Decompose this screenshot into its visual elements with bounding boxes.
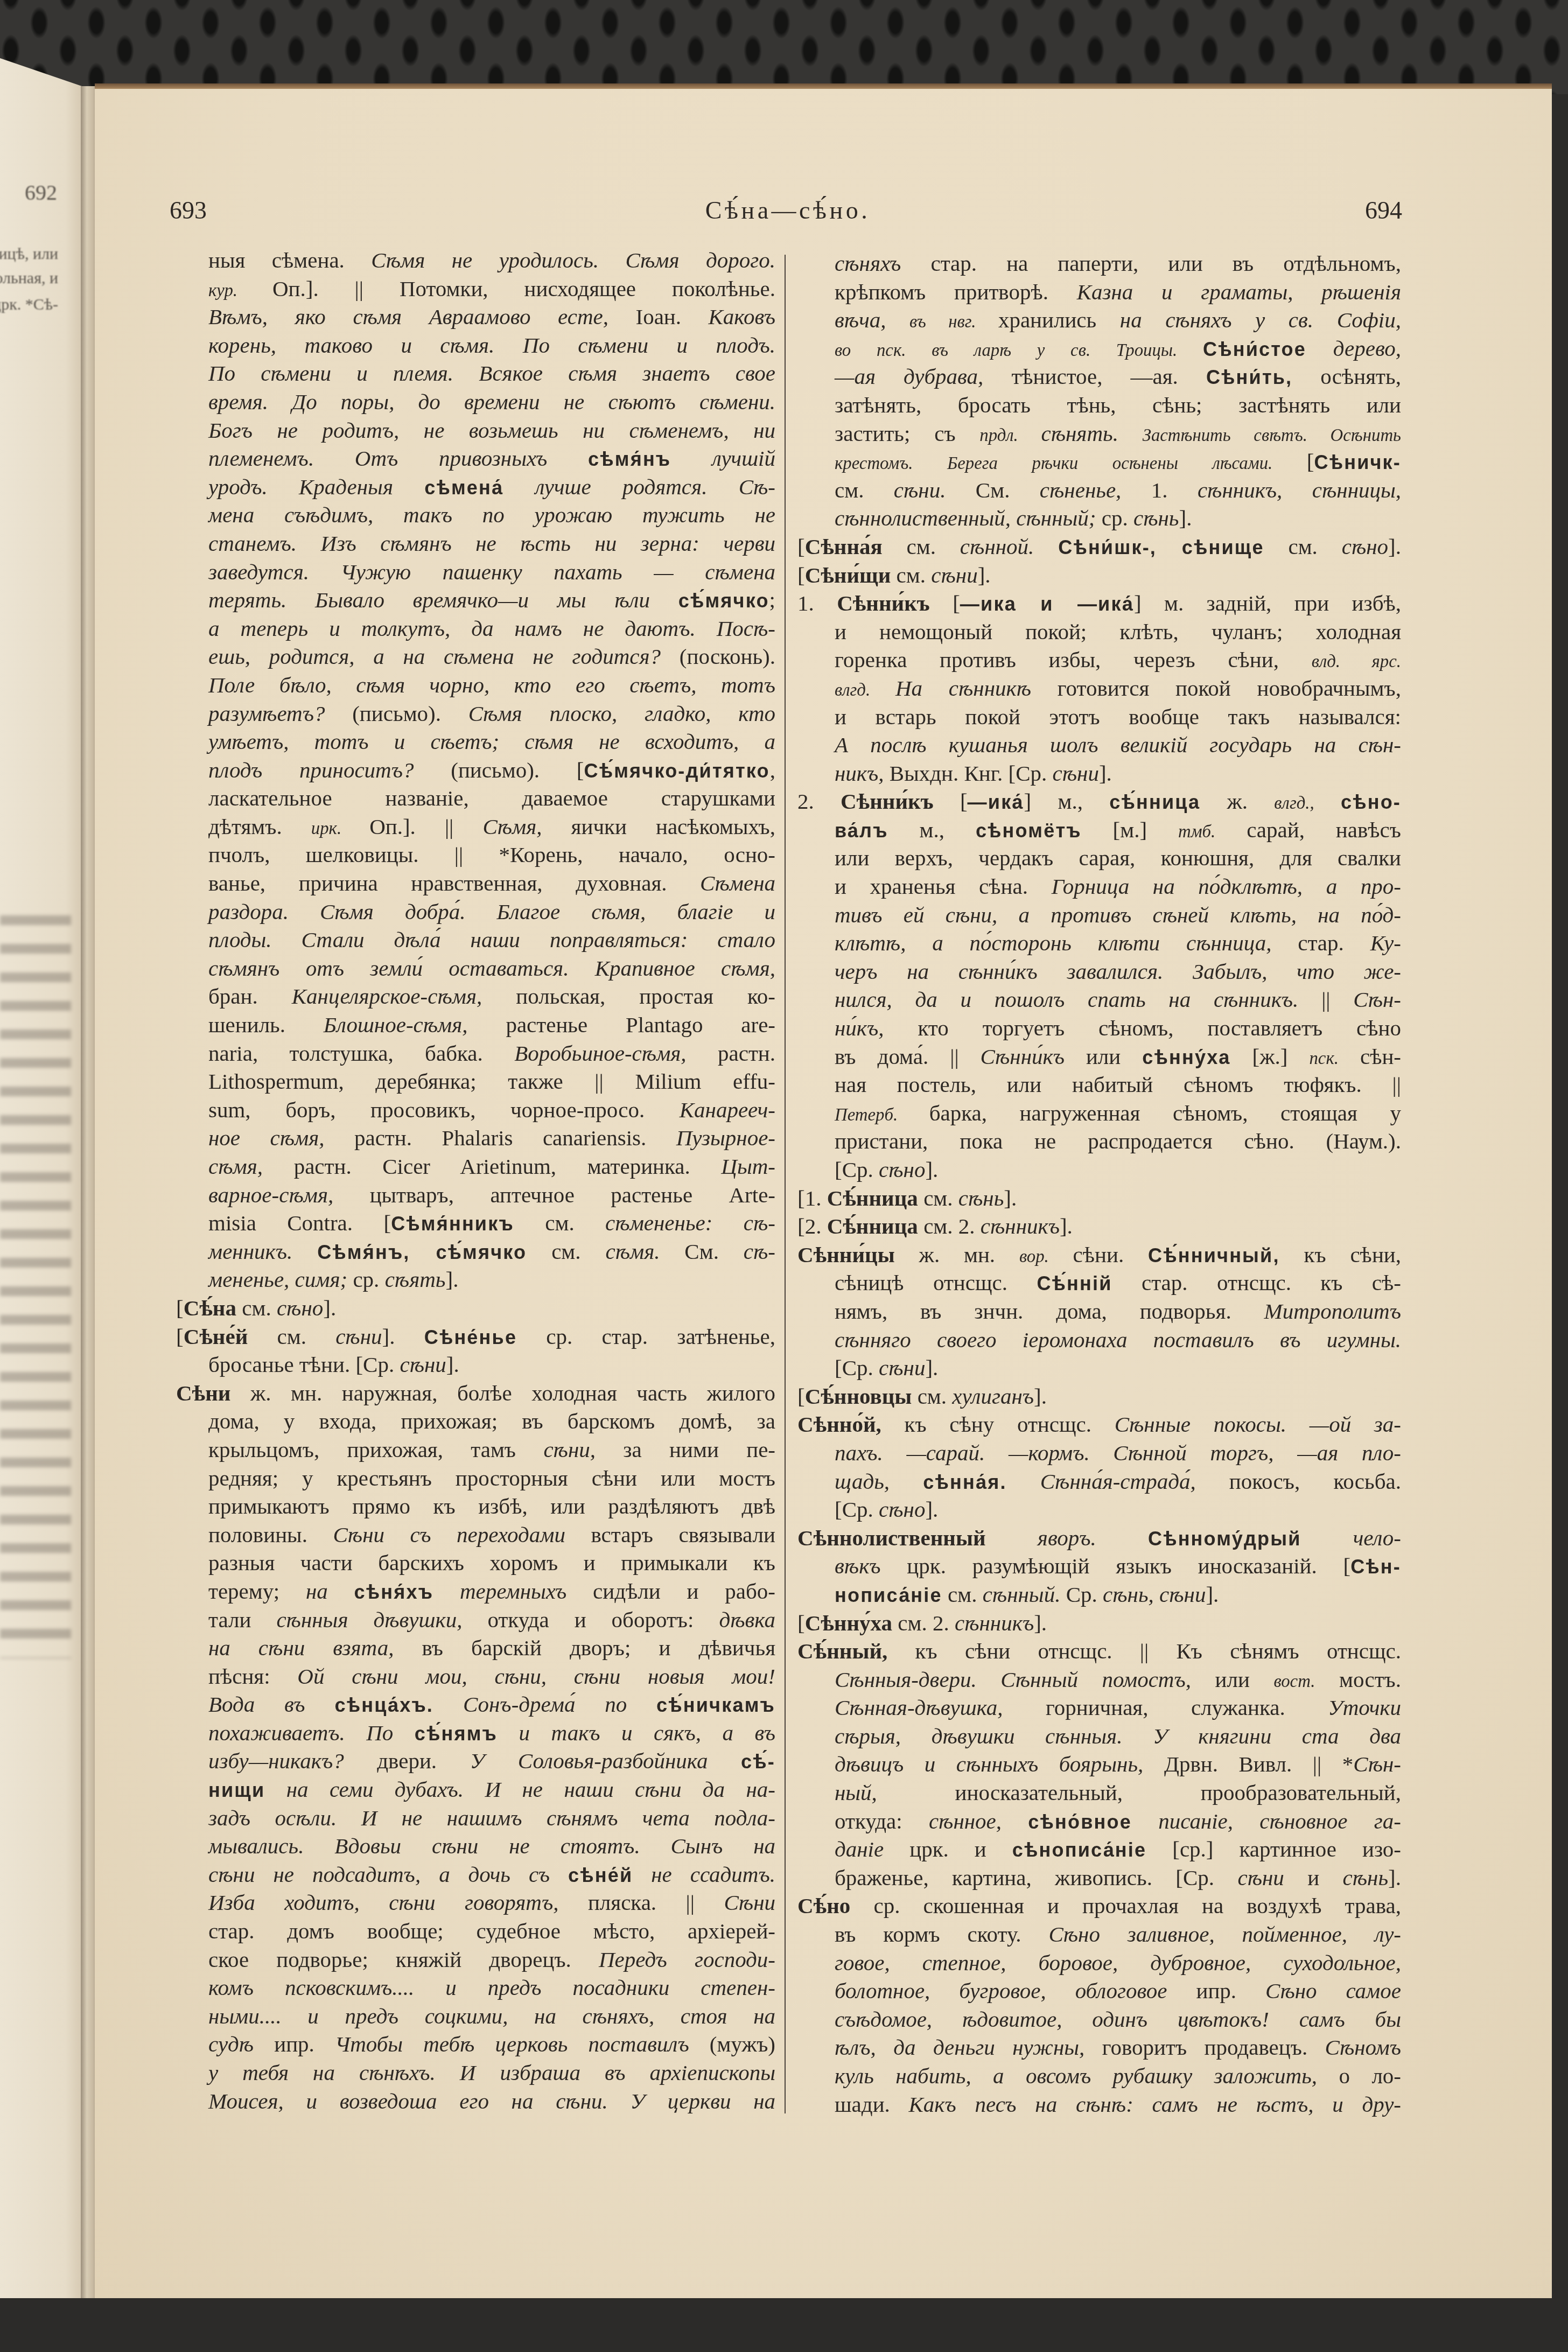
italic-text: сѣненье,	[1040, 478, 1122, 502]
italic-text: похаживаетъ. По	[208, 1720, 415, 1745]
regular-text: или верхъ, чердакъ сарая, конюшня, для с…	[835, 845, 1401, 870]
bold-form: сѣнописа́ніе	[1012, 1839, 1146, 1861]
dictionary-entry-line: 1. Сѣнни́къ [—ика и —ика́] м. задній, пр…	[797, 589, 1401, 618]
regular-text: см.	[236, 1296, 277, 1320]
headword: Сѣнну́ха	[805, 1611, 892, 1635]
regular-text: ж. мн.	[895, 1242, 1019, 1267]
dictionary-line: сѣрыя, дѣвушки сѣнныя. У княгини ста два	[797, 1722, 1401, 1751]
regular-text: см.	[248, 1324, 335, 1349]
dictionary-line: тали сѣнныя дѣвушки, откуда и оборотъ: д…	[176, 1606, 775, 1634]
italic-text: мененье, симя;	[208, 1267, 347, 1292]
italic-text: Сѣно самое	[1265, 1978, 1401, 2003]
dictionary-line: даніе црк. и сѣнописа́ніе [ср.] картинно…	[797, 1835, 1401, 1864]
italic-text: на семи дубахъ. И не наши сѣни да на-	[265, 1777, 775, 1802]
italic-text: куль набить, а овсомъ рубашку заложить,	[835, 2063, 1317, 2088]
italic-text: никъ,	[835, 761, 884, 786]
regular-text: см.	[1264, 534, 1342, 559]
regular-text: 1.	[797, 591, 837, 615]
dictionary-line: шади. Какъ песъ на сѣнѣ: самъ не ѣстъ, и…	[797, 2090, 1401, 2119]
regular-text: затѣнять, бросать тѣнь, сѣнь; застѣнять …	[835, 393, 1401, 417]
dictionary-line: мывались. Вдовьи сѣни не стоятъ. Сынъ на	[176, 1832, 775, 1860]
italic-text: комъ псковскимъ.... и предъ посадники ст…	[208, 1975, 775, 2000]
dictionary-line: naria, толстушка, бабка. Воробьиное-сѣмя…	[176, 1039, 775, 1068]
dictionary-line: судѣ ипр. Чтобы тебѣ церковь поставилъ (…	[176, 2030, 775, 2059]
dictionary-line: Богъ не родитъ, не возьмешь ни сѣменемъ,…	[176, 416, 775, 445]
bold-form: сѣномётъ	[976, 820, 1082, 842]
regular-text: откуда:	[835, 1809, 929, 1833]
italic-text: менникъ.	[208, 1239, 317, 1264]
right-text-column: сѣняхъ стар. на паперти, или въ отдѣльно…	[797, 249, 1401, 2118]
bold-form: Сѣни́стое	[1203, 338, 1306, 360]
bold-form: сѣмена́	[424, 477, 503, 499]
italic-text: сѣрыя, дѣвушки сѣнныя. У княгини ста два	[835, 1724, 1401, 1748]
regular-text: [	[797, 1384, 805, 1409]
dictionary-entry-line: [Сѣ́на см. сѣно].	[176, 1294, 775, 1322]
italic-text: Горница на по́дклѣтѣ, а про-	[1052, 874, 1401, 899]
headword: Сѣ́но	[797, 1893, 850, 1918]
regular-text: ское подворье; княжій дворецъ.	[208, 1947, 599, 1972]
italic-text: Канцелярское-сѣмя,	[292, 984, 482, 1009]
regular-text: осѣнять,	[1292, 364, 1401, 389]
italic-text: сѣнняго своего іеромонаха поставилъ въ и…	[835, 1327, 1401, 1352]
dictionary-line: дѣвицъ и сѣнныхъ боярынь, Дрвн. Вивл. ||…	[797, 1750, 1401, 1779]
regular-text: хранились	[998, 307, 1120, 332]
dictionary-line: заведутся. Чужую пашенку пахать — сѣмена	[176, 558, 775, 586]
regular-text: ванье, причина нравственная, духовная.	[208, 871, 700, 895]
regular-text: [	[176, 1324, 184, 1349]
dictionary-line: сѣмянъ отъ земли́ оставаться. Крапивное …	[176, 954, 775, 983]
italic-text: сѣнникъ, сѣнницы,	[1198, 478, 1401, 502]
regular-text: ].	[1099, 761, 1112, 786]
italic-text: тивъ ей сѣни, а противъ сѣней клѣть, на …	[835, 902, 1401, 927]
dictionary-line: сѣннолиственный, сѣнный; ср. сѣнь].	[797, 504, 1401, 533]
regular-text: въ кормъ скоту.	[835, 1922, 1048, 1947]
dictionary-line: нямъ, въ знчн. дома, подворья. Митрополи…	[797, 1297, 1401, 1326]
italic-text: сѣнныя дѣвушки,	[276, 1607, 462, 1632]
dictionary-line: браженье, картина, живопись. [Ср. сѣни и…	[797, 1864, 1401, 1892]
italic-text: сѣннолиственный, сѣнный;	[835, 506, 1096, 530]
regular-text: шади.	[835, 2092, 909, 2117]
dictionary-entry-line: [Сѣнна́я см. сѣнной. Сѣни́шк-, сѣнище см…	[797, 533, 1401, 561]
previous-page-fragment: ь црк. *Сѣ-	[0, 294, 58, 316]
dictionary-line: ное сѣмя, растн. Phalaris canariensis. П…	[176, 1124, 775, 1152]
dictionary-line: —ая дубрава, тѣнистое, —ая. Сѣни́ть, осѣ…	[797, 362, 1401, 391]
dictionary-line: откуда: сѣнное, сѣно́вное писаніе, сѣнов…	[797, 1807, 1401, 1836]
regular-text: ,	[770, 758, 775, 782]
regular-text: Оп.]. || Потомки, нисходящее поколѣнье.	[272, 276, 775, 301]
regular-text: см.	[912, 1384, 952, 1409]
regular-text: Выхдн. Кнг. [Ср.	[884, 761, 1053, 786]
left-text-column: ныя сѣмена. Сѣмя не уродилось. Сѣмя доро…	[176, 246, 775, 2115]
dictionary-line: съѣдомое, ѣдовитое, одинъ цвѣтокъ! самъ …	[797, 2005, 1401, 2034]
dictionary-line: мена съѣдимъ, такъ по урожаю тужить не	[176, 501, 775, 529]
regular-text: см.	[835, 478, 894, 502]
regular-text: бран.	[208, 984, 292, 1009]
regular-text: м.,	[888, 817, 976, 842]
bold-form: сѣня́хъ	[354, 1581, 434, 1603]
regular-text: примыкаютъ прямо къ избѣ, или раздѣляютъ…	[208, 1494, 775, 1518]
dictionary-line: кур. Оп.]. || Потомки, нисходящее поколѣ…	[176, 275, 775, 303]
italic-text: Передъ господи-	[599, 1947, 775, 1972]
dictionary-line: ныя сѣмена. Сѣмя не уродилось. Сѣмя доро…	[176, 246, 775, 275]
regular-text: стар.	[1271, 930, 1370, 955]
regular-text: ].	[1388, 534, 1401, 559]
dictionary-line: примыкаютъ прямо къ избѣ, или раздѣляютъ…	[176, 1492, 775, 1521]
dictionary-line: Изба ходитъ, сѣни говорятъ, пляска. || С…	[176, 1888, 775, 1917]
dictionary-line: сѣняхъ стар. на паперти, или въ отдѣльно…	[797, 249, 1401, 278]
regular-text: 2.	[797, 789, 841, 814]
italic-text: лучше родятся. Сѣ-	[503, 474, 775, 499]
italic-text: клѣтѣ, а по́сторонь клѣти сѣнница,	[835, 930, 1271, 955]
dictionary-line: крыльцомъ, прихожая, тамъ сѣни, за ними …	[176, 1436, 775, 1464]
regular-text: говоритъ продавецъ.	[1084, 2035, 1325, 2060]
dictionary-line: терять. Бывало времячко—и мы ѣли сѣ́мячк…	[176, 586, 775, 614]
dictionary-line: ни́къ, кто торгуетъ сѣномъ, поставляетъ …	[797, 1014, 1401, 1042]
dictionary-line: влгд. На сѣнникѣ готовится покой новобра…	[797, 674, 1401, 703]
dictionary-line: Вѣмъ, яко сѣмя Авраамово есте, Іоан. Как…	[176, 303, 775, 331]
italic-text: избу—никакъ?	[208, 1748, 377, 1773]
regular-text: ср. скошенная и прочахлая на воздухѣ тра…	[850, 1893, 1401, 1918]
regular-text: [	[176, 1296, 184, 1320]
regular-text: растн. Cicer Arietinum, материнка.	[263, 1154, 721, 1179]
regular-text: [	[1307, 449, 1314, 474]
regular-text: горничная, служанка.	[1003, 1695, 1328, 1720]
dictionary-line: въ кормъ скоту. Сѣно заливное, пойменное…	[797, 1920, 1401, 1949]
regular-text: ныя сѣмена.	[208, 248, 371, 272]
italic-text: пахъ. —сарай. —кормъ. Сѣнной торгъ, —ая …	[835, 1440, 1401, 1465]
italic-text: хулиганъ	[952, 1384, 1034, 1409]
italic-text: щадь,	[835, 1469, 923, 1494]
dictionary-line: сѣмя, растн. Cicer Arietinum, материнка.…	[176, 1152, 775, 1181]
dictionary-line: застить; съ прдл. сѣнять. Застѣнить свѣт…	[797, 419, 1401, 448]
regular-text: пристани, пока не распродается сѣно. (На…	[835, 1129, 1401, 1153]
dictionary-line: ная постель, или набитый сѣномъ тюфякъ. …	[797, 1070, 1401, 1099]
book-gutter	[81, 86, 96, 2298]
italic-text: Сѣномъ	[1325, 2035, 1401, 2060]
italic-text: сѣнять.	[1041, 421, 1142, 446]
italic-text: сѣни	[931, 563, 977, 587]
regular-text: ] м. задній, при избѣ,	[1134, 591, 1401, 615]
dictionary-line: ными.... и предъ соцкими, на сѣняхъ, сто…	[176, 2002, 775, 2031]
regular-text: дома, у входа, прихожая; въ барскомъ дом…	[208, 1409, 775, 1433]
regular-text: пляска. ||	[588, 1890, 724, 1915]
italic-text: дѣвка	[719, 1607, 775, 1632]
italic-text: Каковъ	[709, 304, 775, 329]
dictionary-line: раздора. Сѣмя добра́. Благое сѣмя, благі…	[176, 898, 775, 926]
italic-text: сѣ-	[744, 1239, 775, 1264]
italic-text: Сѣни	[724, 1890, 775, 1915]
regular-text: встаръ связывали	[565, 1522, 775, 1547]
regular-text: двери.	[377, 1748, 470, 1773]
abbreviation-text: въ нвг.	[909, 312, 998, 332]
regular-text: ср.	[347, 1267, 384, 1292]
dictionary-line: куль набить, а овсомъ рубашку заложить, …	[797, 2062, 1401, 2090]
italic-text: сѣно	[1342, 534, 1388, 559]
bold-form: Сѣни́шк-, сѣнище	[1058, 536, 1264, 558]
regular-text: ] м.,	[1024, 789, 1110, 814]
italic-text: У Соловья-разбойника	[470, 1748, 741, 1773]
dictionary-entry-line: [Сѣни́щи см. сѣни].	[797, 561, 1401, 590]
dictionary-line: плодъ приноситъ? (письмо). [Сѣ́мячко-ди́…	[176, 756, 775, 785]
regular-text: [2.	[797, 1214, 827, 1238]
dictionary-entry-line: 2. Сѣнни́къ [—ика́] м., сѣ́нница ж. влгд…	[797, 787, 1401, 816]
regular-text	[1034, 534, 1058, 559]
headword: Сѣнни́къ	[841, 789, 934, 814]
dictionary-entry-line: [1. Сѣ́нница см. сѣнь].	[797, 1184, 1401, 1213]
headword: Сѣни́щи	[805, 563, 891, 587]
regular-text: Lithospermum, деребянка; также || Milium…	[208, 1069, 775, 1094]
regular-text: Дрвн. Вивл. || *	[1143, 1752, 1353, 1776]
regular-text: ].	[925, 1355, 938, 1380]
italic-text: Сѣнные покосы. —ой за-	[1115, 1412, 1401, 1437]
dictionary-line: плоды. Стали дѣла́ наши поправляться: ст…	[176, 926, 775, 954]
dictionary-line: крестомъ. Берега рѣчки осѣнены лѣсами. […	[797, 447, 1401, 476]
regular-text: застить; съ	[835, 421, 979, 446]
dictionary-line: варное-сѣмя, цытваръ, аптечное растенье …	[176, 1181, 775, 1209]
regular-text: Оп.]. ||	[369, 814, 482, 839]
italic-text: теремныхъ	[433, 1579, 566, 1604]
italic-text: мена съѣдимъ, такъ по урожаю тужить не	[208, 502, 775, 527]
regular-text: ].	[1388, 1865, 1401, 1890]
headword: Сѣ́нновцы	[805, 1384, 912, 1409]
italic-text: заведутся. Чужую пашенку пахать — сѣмена	[208, 559, 775, 584]
bold-form: сѣно́вное	[1028, 1811, 1132, 1833]
italic-text: раздора. Сѣмя добра́. Благое сѣмя, благі…	[208, 899, 775, 924]
regular-text: или	[1065, 1044, 1142, 1069]
italic-text: Сѣнна́я-страда́,	[1007, 1469, 1196, 1494]
bold-form: Сѣмя́нникъ	[391, 1213, 514, 1235]
italic-text: лучшій	[671, 446, 775, 471]
dictionary-line: пристани, пока не распродается сѣно. (На…	[797, 1127, 1401, 1156]
regular-text: см. 2.	[918, 1214, 981, 1238]
dictionary-line: стар. домъ вообще; судебное мѣсто, архіе…	[176, 1917, 775, 1945]
italic-text: сѣни	[400, 1352, 446, 1377]
italic-text: Сѣмя плоско, гладко, кто	[468, 701, 775, 726]
regular-text: [м.]	[1082, 817, 1178, 842]
regular-text: мостъ.	[1315, 1667, 1401, 1692]
regular-text: см.	[942, 1582, 983, 1607]
regular-text: крѣпкомъ притворѣ.	[835, 279, 1077, 304]
regular-text: стар. домъ вообще; судебное мѣсто, архіе…	[208, 1919, 775, 1943]
regular-text: [	[797, 563, 805, 587]
bold-form: сѣ́нница	[1109, 791, 1200, 813]
bold-form: сѣ́-	[741, 1751, 775, 1773]
regular-text: ].	[446, 1267, 459, 1292]
italic-text: Сѣн-	[1353, 987, 1401, 1012]
bold-form: —ика́	[968, 791, 1024, 813]
bold-form: Сѣ́мячко-ди́тятко	[584, 760, 769, 782]
dictionary-entry-line: Сѣнни́цы ж. мн. вор. сѣни. Сѣ́нничный, к…	[797, 1241, 1401, 1269]
italic-text: Вода въ	[208, 1692, 334, 1717]
regular-text: ная постель, или набитый сѣномъ тюфякъ. …	[835, 1072, 1401, 1097]
italic-text: на сѣняхъ у св. Софіи,	[1120, 307, 1401, 332]
regular-text: см.	[918, 1186, 958, 1210]
italic-text: дѣвицъ и сѣнныхъ боярынь,	[835, 1752, 1143, 1776]
dictionary-line: на сѣни взята, въ барскій дворъ; и дѣвич…	[176, 1634, 775, 1662]
dictionary-line: дома, у входа, прихожая; въ барскомъ дом…	[176, 1407, 775, 1436]
bold-form: сѣнца́хъ.	[334, 1694, 433, 1716]
running-head-title: Сѣ́на—сѣ́но.	[653, 198, 922, 223]
regular-text: црк. разумѣющій языкъ иносказаній. [	[881, 1553, 1351, 1578]
dictionary-line: и храненья сѣна. Горница на по́дклѣтѣ, а…	[797, 872, 1401, 901]
dictionary-line: у тебя на сѣнѣхъ. И избраша въ архіеписк…	[176, 2059, 775, 2087]
italic-text: Пузырное-	[676, 1125, 775, 1150]
italic-text: Воробьиное-сѣмя,	[514, 1041, 687, 1066]
dictionary-line: никъ, Выхдн. Кнг. [Ср. сѣни].	[797, 759, 1401, 788]
dictionary-line: ванье, причина нравственная, духовная. С…	[176, 869, 775, 898]
dictionary-line: затѣнять, бросать тѣнь, сѣнь; застѣнять …	[797, 391, 1401, 419]
headword: Сѣне́й	[184, 1324, 248, 1349]
regular-text: о ло-	[1317, 2063, 1401, 2088]
abbreviation-text: Петерб.	[835, 1105, 929, 1125]
regular-text: и	[1284, 1865, 1343, 1890]
italic-text: сѣнникъ	[981, 1214, 1060, 1238]
regular-text: ласкательное названіе, даваемое старушка…	[208, 786, 775, 810]
dictionary-line: тивъ ей сѣни, а противъ сѣней клѣть, на …	[797, 901, 1401, 929]
italic-text: задъ осѣли. И не нашимъ сѣнямъ чета подл…	[208, 1805, 775, 1830]
regular-text: См.	[946, 478, 1039, 502]
italic-text: Цыт-	[721, 1154, 775, 1179]
regular-text: нямъ, въ знчн. дома, подворья.	[835, 1299, 1264, 1324]
regular-text: ;	[769, 587, 775, 612]
italic-text: сѣмянъ отъ земли́ оставаться. Крапивное …	[208, 956, 775, 981]
dictionary-line: или верхъ, чердакъ сарая, конюшня, для с…	[797, 844, 1401, 872]
bold-form: Сѣ́нній	[1037, 1272, 1112, 1294]
regular-text: барка, нагруженная сѣномъ, стоящая у	[929, 1101, 1401, 1125]
regular-text: sum, боръ, просовикъ, чорное-просо.	[208, 1097, 680, 1122]
dictionary-line: менникъ. Сѣмя́нъ, сѣ́мячко см. сѣмя. См.…	[176, 1237, 775, 1266]
italic-text: сѣять	[385, 1267, 446, 1292]
regular-text: ].	[1206, 1582, 1219, 1607]
regular-text: покосъ, косьба.	[1196, 1469, 1401, 1494]
dictionary-line: сѣницѣ отнсщс. Сѣ́нній стар. отнсщс. къ …	[797, 1269, 1401, 1297]
regular-text: ].	[1004, 1186, 1017, 1210]
italic-text: Моисея, и возведоша его на сѣни. У церкв…	[208, 2089, 775, 2113]
previous-page-fragment: ольная, и	[0, 268, 58, 289]
italic-text: Ку-	[1370, 930, 1401, 955]
italic-text: говое, степное, боровое, дубровное, сухо…	[835, 1950, 1401, 1975]
regular-text: растн.	[687, 1041, 775, 1066]
italic-text: Блошное-сѣмя,	[324, 1012, 468, 1037]
dictionary-line: черъ на сѣнни́къ завалился. Забылъ, что …	[797, 957, 1401, 986]
dictionary-line: Вода въ сѣнца́хъ. Сонъ-дрема́ по сѣ́ничк…	[176, 1690, 775, 1719]
abbreviation-text: вост.	[1273, 1672, 1315, 1691]
regular-text: Іоан.	[636, 304, 709, 329]
regular-text: сѣни.	[1049, 1242, 1148, 1267]
italic-text: корень, таково и сѣмя. По сѣмени и плодъ…	[208, 333, 775, 358]
italic-text: Казна и граматы, рѣшенія	[1077, 279, 1401, 304]
regular-text: крыльцомъ, прихожая, тамъ	[208, 1437, 543, 1462]
regular-text: пѣсня:	[208, 1664, 297, 1689]
italic-text: Поле бѣло, сѣмя чорно, кто его сѣетъ, то…	[208, 673, 775, 697]
regular-text: ипр.	[274, 2032, 335, 2056]
italic-text: Сѣно заливное, пойменное, лу-	[1048, 1922, 1401, 1947]
regular-text: 1.	[1121, 478, 1198, 502]
italic-text: Сѣмя не уродилось. Сѣмя дорого.	[371, 248, 775, 272]
italic-text: дерево,	[1306, 336, 1401, 361]
bold-form: сѣ́ничкамъ	[656, 1694, 775, 1716]
italic-text: сѣнь	[1133, 506, 1179, 530]
dictionary-line: щадь, сѣнна́я. Сѣнна́я-страда́, покосъ, …	[797, 1467, 1401, 1496]
regular-text: [	[797, 1611, 805, 1635]
regular-text: сарай, навѣсъ	[1215, 817, 1401, 842]
dictionary-line: а теперь и толкутъ, да намъ не даютъ. По…	[176, 614, 775, 643]
dictionary-line: сѣни не подсадитъ, а дочь съ сѣне́й не с…	[176, 1860, 775, 1889]
regular-text: (письмо).	[352, 701, 468, 726]
regular-text: [Ср.	[835, 1497, 879, 1522]
previous-page-text-blur	[0, 915, 71, 1658]
italic-text: станемъ. Изъ сѣмянъ не ѣсть ни зерна: че…	[208, 531, 775, 556]
italic-text: сѣнной.	[960, 534, 1034, 559]
bold-form: Сѣмя́нъ, сѣ́мячко	[317, 1241, 527, 1263]
italic-text: ешь, родится, а на сѣмена не годится?	[208, 644, 680, 669]
dictionary-entry-line: [Сѣ́нновцы см. хулиганъ].	[797, 1382, 1401, 1411]
regular-text: ].	[446, 1352, 459, 1377]
regular-text: [	[930, 591, 960, 615]
italic-text: А послѣ кушанья шолъ великій государь на…	[835, 732, 1401, 757]
abbreviation-text: крестомъ. Берега рѣчки осѣнены лѣсами.	[835, 454, 1307, 473]
italic-text: ни́къ,	[835, 1016, 884, 1040]
abbreviation-text: пск.	[1309, 1049, 1339, 1068]
italic-text: сѣмя,	[208, 1154, 263, 1179]
dictionary-line: дѣтямъ. ирк. Оп.]. || Сѣмя, яички насѣко…	[176, 813, 775, 841]
italic-text: и такъ и сякъ, а въ	[498, 1720, 775, 1745]
dictionary-line: крѣпкомъ притворѣ. Казна и граматы, рѣше…	[797, 278, 1401, 306]
regular-text: ].	[925, 1497, 938, 1522]
dictionary-line: время. До поры, до времени не сѣютъ сѣме…	[176, 388, 775, 416]
dictionary-line: ный, иносказательный, прообразовательный…	[797, 1779, 1401, 1807]
dictionary-line: ѣлъ, да деньги нужны, говоритъ продавецъ…	[797, 2033, 1401, 2062]
dictionary-entry-line: [2. Сѣ́нница см. 2. сѣнникъ].	[797, 1212, 1401, 1241]
bold-form: Сѣн-	[1350, 1556, 1401, 1578]
italic-text: сѣнное,	[929, 1809, 1028, 1833]
regular-text: и немощоный покой; клѣть, чуланъ; холодн…	[835, 619, 1401, 644]
dictionary-line: ешь, родится, а на сѣмена не годится? (п…	[176, 642, 775, 671]
regular-text: ж. мн. наружная, болѣе холодная часть жи…	[230, 1381, 775, 1405]
dictionary-entry-line: [Сѣнну́ха см. 2. сѣнникъ].	[797, 1609, 1401, 1637]
italic-text: варное-сѣмя,	[208, 1182, 333, 1207]
dictionary-line: Поле бѣло, сѣмя чорно, кто его сѣетъ, то…	[176, 671, 775, 699]
dictionary-line: По сѣмени и племя. Всякое сѣмя знаетъ св…	[176, 359, 775, 388]
dictionary-line: пчолъ, шелковицы. || *Корень, начало, ос…	[176, 841, 775, 869]
headword: Сѣ́нный,	[797, 1639, 887, 1663]
italic-text: Сѣнныя-двери. Сѣнный помостъ,	[835, 1667, 1191, 1692]
bold-form: сѣно-	[1341, 791, 1401, 813]
regular-text: [Ср.	[835, 1355, 879, 1380]
regular-text: [	[797, 534, 805, 559]
abbreviation-text: во пск. въ ларѣ у св. Троицы.	[835, 341, 1203, 360]
abbreviation-text: вор.	[1019, 1247, 1049, 1266]
dictionary-entry-line: [Сѣне́й см. сѣни]. Сѣне́нье ср. стар. за…	[176, 1322, 775, 1351]
dictionary-line: корень, таково и сѣмя. По сѣмени и плодъ…	[176, 331, 775, 360]
italic-text: сѣни	[1237, 1865, 1284, 1890]
dictionary-line: Lithospermum, деребянка; также || Milium…	[176, 1067, 775, 1096]
regular-text: за ними пе-	[596, 1437, 775, 1462]
italic-text: Сонъ-дрема́ по	[433, 1692, 656, 1717]
italic-text: сѣни	[335, 1324, 382, 1349]
page-top-edge	[95, 83, 1552, 89]
italic-text: разумѣетъ?	[208, 701, 352, 726]
abbreviation-text: прдл.	[979, 426, 1041, 445]
abbreviation-text: влд. ярс.	[1312, 652, 1401, 671]
italic-text: Сѣмя,	[482, 814, 542, 839]
regular-text: и встарь покой этотъ вообще такъ называл…	[835, 704, 1401, 729]
italic-text: сѣмя.	[605, 1239, 660, 1264]
dictionary-line: и немощоный покой; клѣть, чуланъ; холодн…	[797, 618, 1401, 646]
italic-text: племенемъ. Отъ привозныхъ	[208, 446, 588, 471]
regular-text: сидѣли и рабо-	[566, 1579, 775, 1604]
italic-text: писаніе, сѣновное га-	[1132, 1809, 1401, 1833]
